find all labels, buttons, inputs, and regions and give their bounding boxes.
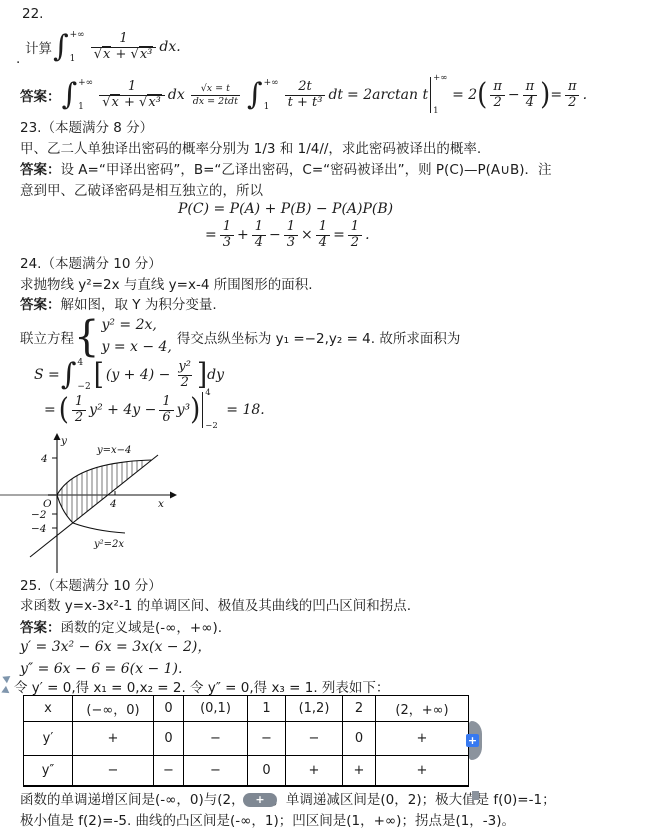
y-axis-label: y <box>60 435 68 447</box>
q25-header: 25.（本题满分 10 分） <box>20 577 162 595</box>
curve-label: y²=2x <box>93 539 124 550</box>
integral-symbol: ∫ +∞1 <box>247 78 281 112</box>
table-cell: 1 <box>248 696 286 722</box>
area-figure: y x O 4 −2 −4 4 y=x−4 y²=2x <box>0 430 190 580</box>
evaluation-bar: +∞ 1 <box>430 77 448 113</box>
answer-label: 答案： <box>20 162 61 178</box>
brace: { <box>74 320 99 354</box>
table-row-x: x (−∞，0) 0 (0,1) 1 (1,2) 2 (2，+∞) <box>24 696 469 722</box>
overlay-plus-pill[interactable]: + <box>243 793 277 807</box>
fraction: 14 <box>252 220 266 251</box>
table-row-y-prime: y′ + 0 − − − 0 + <box>24 722 469 756</box>
q22-number: 22. <box>22 5 43 23</box>
table-cell: 0 <box>154 722 184 756</box>
fraction: 13 <box>284 220 298 251</box>
fraction: 2t t + t³ <box>285 80 326 111</box>
system-prefix: 联立方程 <box>20 327 74 347</box>
margin-dot: . <box>16 50 20 68</box>
annotation-cursor-icon[interactable] <box>2 673 12 684</box>
q23-problem: 甲、乙二人单独译出密码的概率分别为 1/3 和 1/4//，求此密码被译出的概率… <box>20 140 481 158</box>
table-cell: y′ <box>24 722 73 756</box>
table-cell: + <box>73 722 154 756</box>
fraction: π2 <box>490 80 505 111</box>
fraction: π2 <box>565 80 580 111</box>
table-cell: (0,1) <box>184 696 248 722</box>
fraction: 14 <box>316 220 330 251</box>
table-cell: 0 <box>248 756 286 786</box>
q24-header: 24.（本题满分 10 分） <box>20 255 162 273</box>
substitution-note: √x = t dx = 2tdt <box>191 83 240 108</box>
table-cell: + <box>343 756 376 786</box>
y-tick-minus4: −4 <box>31 523 46 535</box>
table-cell: − <box>286 722 343 756</box>
q23-answer-1: 答案：设 A=“甲译出密码”，B=“乙译出密码，C=“密码被译出”，则 P(C)… <box>20 161 552 179</box>
q25-derivative-1: y′ = 3x² − 6x = 3x(x − 2)， <box>20 638 211 657</box>
fraction: 1 √x + √x³ <box>99 80 165 111</box>
paren-close: ) <box>540 83 550 107</box>
plus-icon[interactable]: + <box>466 734 479 747</box>
sign-table: x (−∞，0) 0 (0,1) 1 (1,2) 2 (2，+∞) y′ + 0… <box>23 695 469 787</box>
paren-open: ( <box>477 83 487 107</box>
floating-handle[interactable]: + <box>467 721 483 760</box>
plus-icon: + <box>255 793 264 806</box>
q24-problem: 求抛物线 y²=2x 与直线 y=x-4 所围图形的面积. <box>20 276 313 294</box>
answer-label: 答案： <box>20 297 61 313</box>
y-tick-minus2: −2 <box>31 509 47 521</box>
table-cell: + <box>376 722 469 756</box>
table-cell: + <box>376 756 469 786</box>
fraction: 16 <box>159 395 173 426</box>
x-axis-label: x <box>158 498 164 510</box>
fraction: 12 <box>348 220 362 251</box>
q25-conclusion-2: 极小值是 f(2)=-5. 曲线的凸区间是(-∞，1)；凹区间是(1，+∞)；拐… <box>20 812 515 830</box>
fraction: 1 √x + √x³ <box>91 32 157 63</box>
overlay-gray-square <box>472 791 479 800</box>
table-cell: − <box>184 756 248 786</box>
fraction: y²2 <box>175 360 194 391</box>
q23-equation-2: = 13 + 14 − 13 × 14 = 12 . <box>205 218 370 252</box>
table-cell: − <box>154 756 184 786</box>
parabola-upper-branch <box>57 460 152 495</box>
integral-symbol: ∫ 4−2 <box>61 358 93 392</box>
q23-equation-1: P(C) = P(A) + P(B) − P(A)P(B) <box>178 200 393 219</box>
table-cell: (1,2) <box>286 696 343 722</box>
q22-answer-line: 答案： ∫ +∞1 1 √x + √x³ dx √x = t dx = 2tdt… <box>20 72 587 118</box>
answer-label: 答案： <box>20 620 61 636</box>
paren-close: ) <box>190 398 200 422</box>
table-cell: (−∞，0) <box>73 696 154 722</box>
line-label: y=x−4 <box>96 445 131 456</box>
table-cell: − <box>248 722 286 756</box>
table-cell: + <box>286 756 343 786</box>
bracket-close: ] <box>197 363 207 387</box>
evaluation-bar: 4 −2 <box>202 392 220 428</box>
bracket-open: [ <box>94 363 104 387</box>
table-cell: 2 <box>343 696 376 722</box>
fraction: 13 <box>220 220 234 251</box>
table-cell: (2，+∞) <box>376 696 469 722</box>
answer-label: 答案： <box>20 85 61 105</box>
annotation-cursor-icon[interactable] <box>0 686 9 696</box>
x-tick-4: 4 <box>109 498 117 510</box>
x-axis-arrow <box>170 492 177 499</box>
table-cell: − <box>184 722 248 756</box>
q23-answer-2: 意到甲、乙破译密码是相互独立的，所以 <box>20 182 263 200</box>
table-cell: 0 <box>154 696 184 722</box>
document-page: 22. 计算 ∫ +∞1 1 √x + √x³ dx. . 答案： ∫ +∞1 … <box>0 0 667 833</box>
equation-system: y² = 2x, y = x − 4, <box>101 315 171 358</box>
table-cell: − <box>73 756 154 786</box>
table-cell: y″ <box>24 756 73 786</box>
hatched-region <box>62 460 142 522</box>
integral-symbol: ∫ +∞1 <box>62 78 96 112</box>
table-cell: x <box>24 696 73 722</box>
y-tick-4: 4 <box>40 453 48 465</box>
q25-problem: 求函数 y=x-3x²-1 的单调区间、极值及其曲线的凹凸区间和拐点. <box>20 597 411 615</box>
integral-symbol: ∫ +∞1 <box>53 30 87 64</box>
q22-prefix: 计算 <box>25 37 52 57</box>
system-suffix: 得交点纵坐标为 y₁ =−2,y₂ = 4. 故所求面积为 <box>177 327 460 347</box>
table-cell: 0 <box>343 722 376 756</box>
q24-area-formula-2: = ( 12 y² + 4y − 16 y³ ) 4 −2 = 18. <box>44 389 265 431</box>
q25-derivative-2: y″ = 6x − 6 = 6(x − 1). <box>20 660 182 679</box>
q25-answer-1: 答案：函数的定义域是(-∞，+∞). <box>20 619 222 637</box>
q22-answer-formula: ∫ +∞1 1 √x + √x³ dx √x = t dx = 2tdt ∫ +… <box>61 77 588 113</box>
y-axis-arrow <box>54 433 61 440</box>
q22-dx: dx. <box>159 39 180 55</box>
fraction: 12 <box>72 395 86 426</box>
paren-open: ( <box>59 398 69 422</box>
fraction: π4 <box>523 80 538 111</box>
q22-problem-formula: 计算 ∫ +∞1 1 √x + √x³ dx. <box>25 26 181 68</box>
q23-header: 23.（本题满分 8 分） <box>20 119 153 137</box>
table-row-y-double-prime: y″ − − − 0 + + + <box>24 756 469 786</box>
